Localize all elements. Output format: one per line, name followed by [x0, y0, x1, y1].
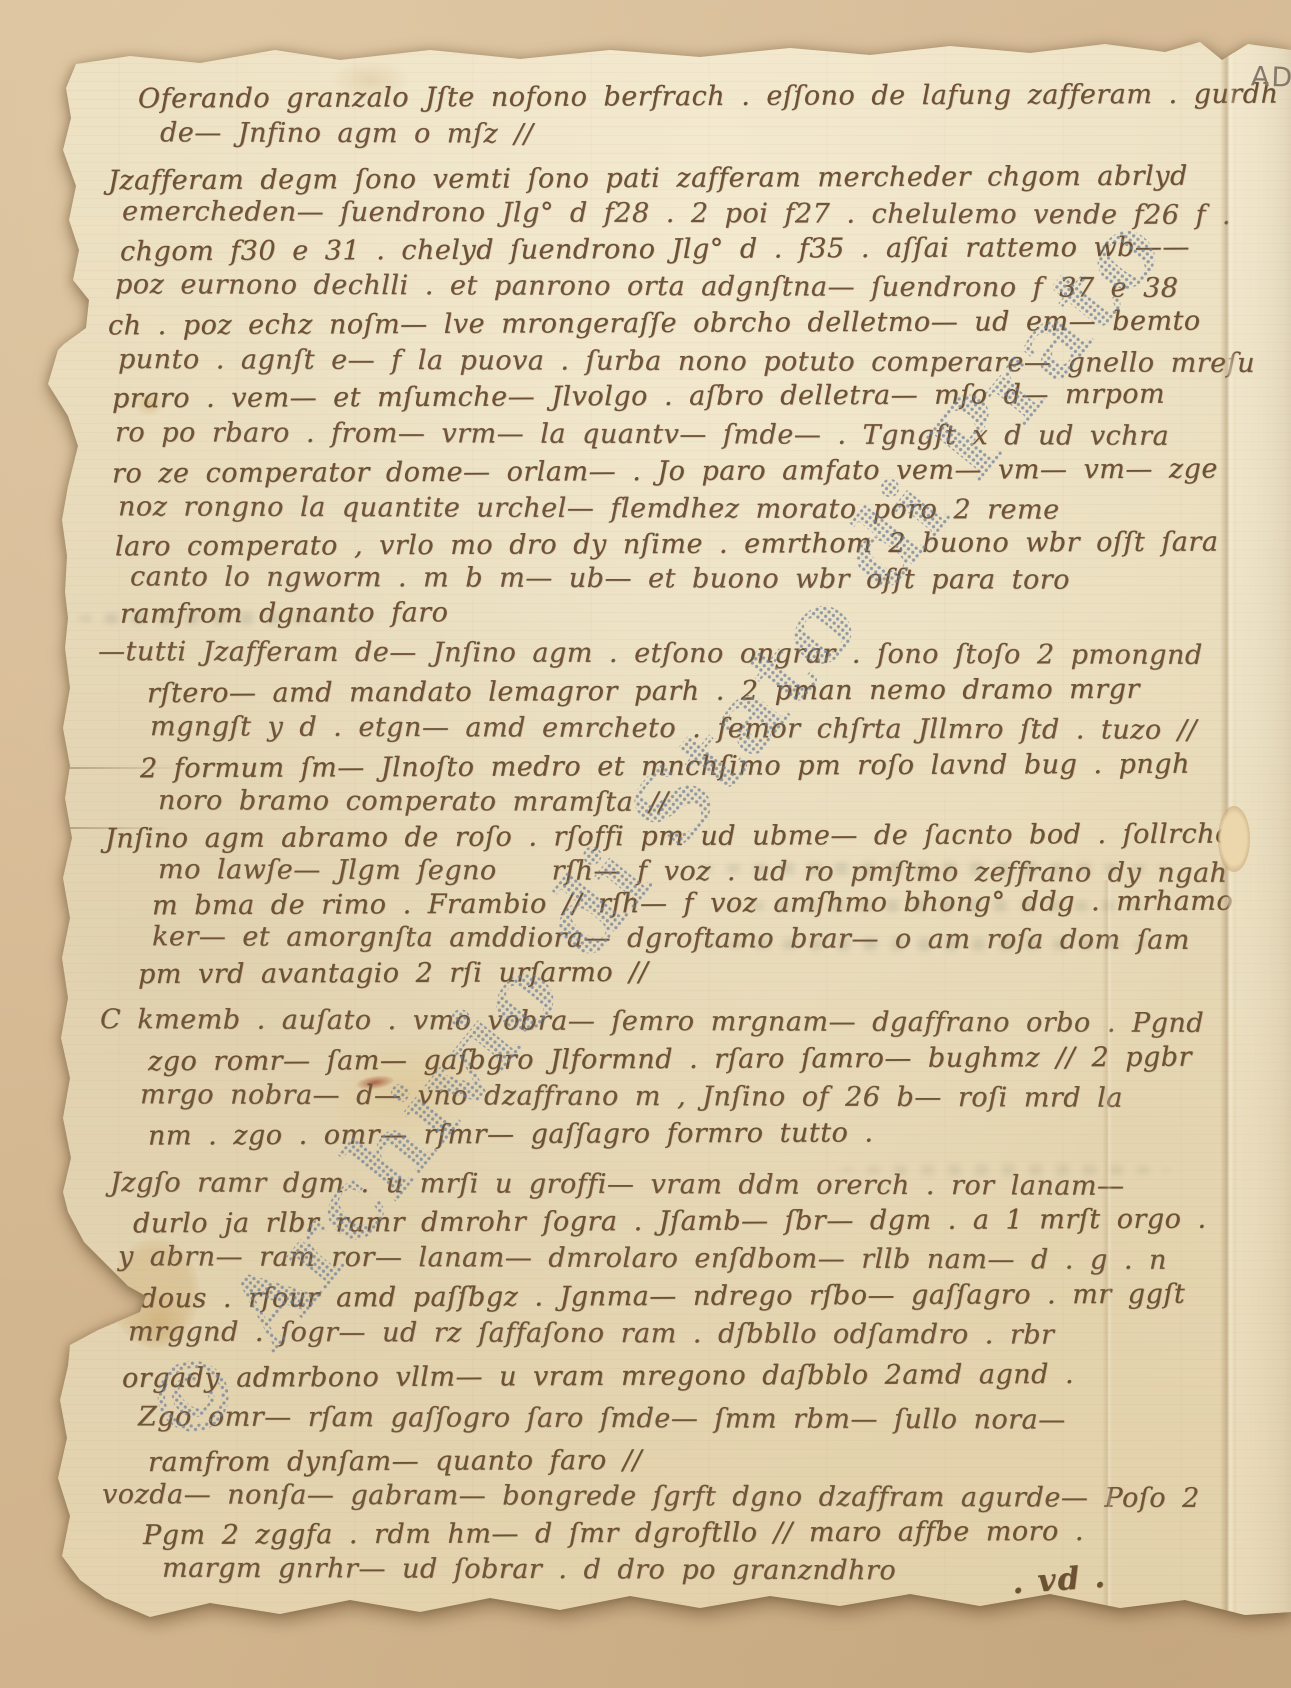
closing-mark: . vd . [1011, 1559, 1108, 1602]
manuscript-line-p6: ramfrom dynſam— quanto faro // [148, 1447, 642, 1476]
manuscript-line-p2: punto . agnſt e— f la puova . ſurba nono… [118, 346, 1255, 377]
manuscript-line-p5: C kmemb . auſato . vmo vobra— ſemro mrgn… [100, 1006, 1204, 1037]
manuscript-line-p5: mrgo nobra— d— vno dzaffrano m , Jnſino … [140, 1081, 1123, 1111]
manuscript-line-p2: emercheden— ſuendrono Jlg° d f28 . 2 poi… [122, 198, 1231, 229]
manuscript-line-p6: mrggnd . ſogr— ud rz ſaffaſono ram . dſb… [128, 1318, 1055, 1348]
manuscript-line-p4: pm vrd avantagio 2 rſi urſarmo // [138, 959, 648, 988]
manuscript-line-p7: vozda— nonſa— gabram— bongrede ſgrft dgn… [102, 1481, 1200, 1512]
manuscript-line-p6: orgady admrbono vllm— u vram mregono daſ… [122, 1361, 1074, 1392]
manuscript-line-p3: rſtero— amd mandato lemagror parh . 2 pm… [147, 676, 1140, 707]
manuscript-line-p3: 2 formum ſm— Jlnoſto medro et mnchſimo p… [140, 751, 1190, 783]
manuscript-line-p2: praro . vem— et mſumche— Jlvolgo . aſbro… [112, 381, 1165, 413]
manuscript-line-p5: zgo romr— ſam— gaſbgro Jlformnd . rſaro … [148, 1044, 1192, 1076]
manuscript-line-p6: dous . rſour amd paſſbgz . Jgnma— ndrego… [140, 1281, 1185, 1313]
manuscript-line-p3: —tutti Jzafferam de— Jnſino agm . etſono… [98, 638, 1203, 669]
manuscript-line-p1: Oferando granzalo Jſte nofono berfrach .… [138, 80, 1291, 112]
manuscript-line-p6: Jzgſo ramr dgm . u mrſi u groffi— vram d… [110, 1169, 1125, 1200]
manuscript-line-p6: y abrn— ram ror— lanam— dmrolaro enſdbom… [118, 1243, 1167, 1274]
manuscript-line-p7: Pgm 2 zggfa . rdm hm— d ſmr dgroftllo //… [143, 1518, 1084, 1549]
scanned-manuscript-photo: Oferando granzalo Jſte nofono berfrach .… [0, 0, 1291, 1688]
manuscript-line-p2: noz rongno la quantite urchel— flemdhez … [118, 493, 1060, 523]
manuscript-line-p4: m bma de rimo . Frambio // rſh— f voz am… [152, 888, 1233, 920]
manuscript-line-p2: ch . poz echz noſm— lve mrongeraſſe obrc… [108, 308, 1201, 340]
manuscript-line-p2: ro po rbaro . from— vrm— la quantv— ſmde… [115, 419, 1169, 450]
manuscript-line-p2: Jzafferam degm ſono vemti ſono pati zaff… [108, 163, 1188, 195]
handwriting-layer: Oferando granzalo Jſte nofono berfrach .… [0, 0, 1291, 1688]
manuscript-line-p4: Jnſino agm abramo de roſo . rſoffi pm ud… [105, 821, 1232, 853]
manuscript-line-p2: ramfrom dgnanto faro [120, 599, 448, 627]
manuscript-line-p2: ro ze comperator dome— orlam— . Jo paro … [112, 456, 1218, 488]
archivist-corner-annotation: AD [1250, 61, 1291, 93]
manuscript-line-p2: canto lo ngworm . m b m— ub— et buono wb… [130, 563, 1070, 593]
manuscript-line-p3: noro bramo comperato mramſta // [158, 787, 669, 816]
manuscript-line-p3: mgngſt y d . etgn— amd emrcheto . ſemor … [150, 713, 1197, 744]
manuscript-line-p6: durlo ja rlbr ramr dmrohr ſogra . Jſamb—… [133, 1206, 1207, 1238]
manuscript-line-p1: de— Jnfino agm o mſz // [160, 119, 534, 147]
manuscript-line-p4: ker— et amorgnſta amddiora— dgroftamo br… [152, 923, 1190, 954]
paper-shadow-wrap: Oferando granzalo Jſte nofono berfrach .… [0, 0, 1291, 1688]
manuscript-line-p2: laro comperato , vrlo mo dro dy nſime . … [115, 529, 1218, 561]
manuscript-line-p2: poz eurnono dechlli . et panrono orta ad… [115, 271, 1179, 302]
manuscript-page: Oferando granzalo Jſte nofono berfrach .… [0, 0, 1291, 1688]
manuscript-line-p2: chgom f30 e 31 . chelyd ſuendrono Jlg° d… [120, 234, 1190, 266]
manuscript-line-p7: margm gnrhr— ud ſobrar . d dro po granzn… [162, 1555, 896, 1585]
manuscript-line-p4: mo lawſe— Jlgm ſegno rſh— f voz . ud ro … [158, 856, 1228, 887]
crease-wax-spot [1218, 806, 1250, 872]
manuscript-line-p6: Zgo omr— rſam gaſſogro ſaro ſmde— ſmm rb… [138, 1403, 1066, 1433]
manuscript-line-p5: nm . zgo . omr— rſmr— gaſſagro formro tu… [148, 1119, 874, 1149]
